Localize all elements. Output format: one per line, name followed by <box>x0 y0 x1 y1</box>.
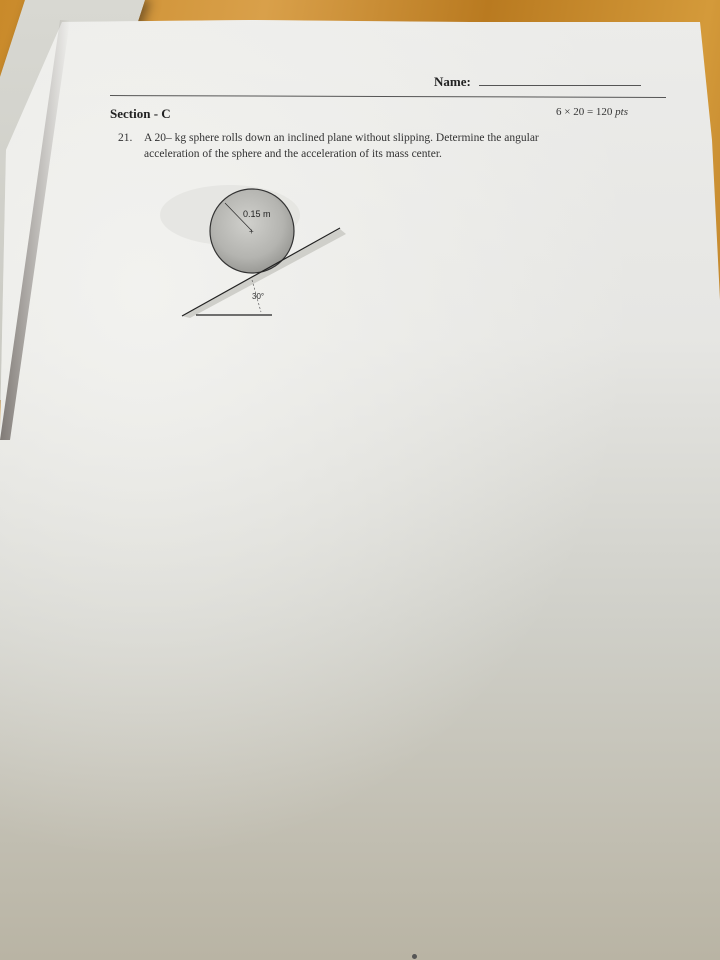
center-mark: + <box>249 227 254 236</box>
name-field: Name: <box>434 74 641 90</box>
angle-label: 30° <box>252 292 264 301</box>
name-label: Name: <box>434 74 471 90</box>
question-21: 21.A 20– kg sphere rolls down an incline… <box>118 130 678 162</box>
question-text-line2: acceleration of the sphere and the accel… <box>118 146 678 162</box>
points-unit: pts <box>615 106 628 118</box>
points-total: 6 × 20 = 120 pts <box>556 106 628 118</box>
points-formula: 6 × 20 = 120 <box>556 106 612 118</box>
question-number: 21. <box>118 130 144 146</box>
section-title: Section - C <box>110 106 171 122</box>
incline-sphere-diagram: 0.15 m + 30° <box>160 180 360 330</box>
name-blank-line <box>479 75 641 86</box>
page-number-mark <box>412 954 417 959</box>
radius-label: 0.15 m <box>243 209 271 219</box>
question-text-line1: A 20– kg sphere rolls down an inclined p… <box>144 132 539 144</box>
